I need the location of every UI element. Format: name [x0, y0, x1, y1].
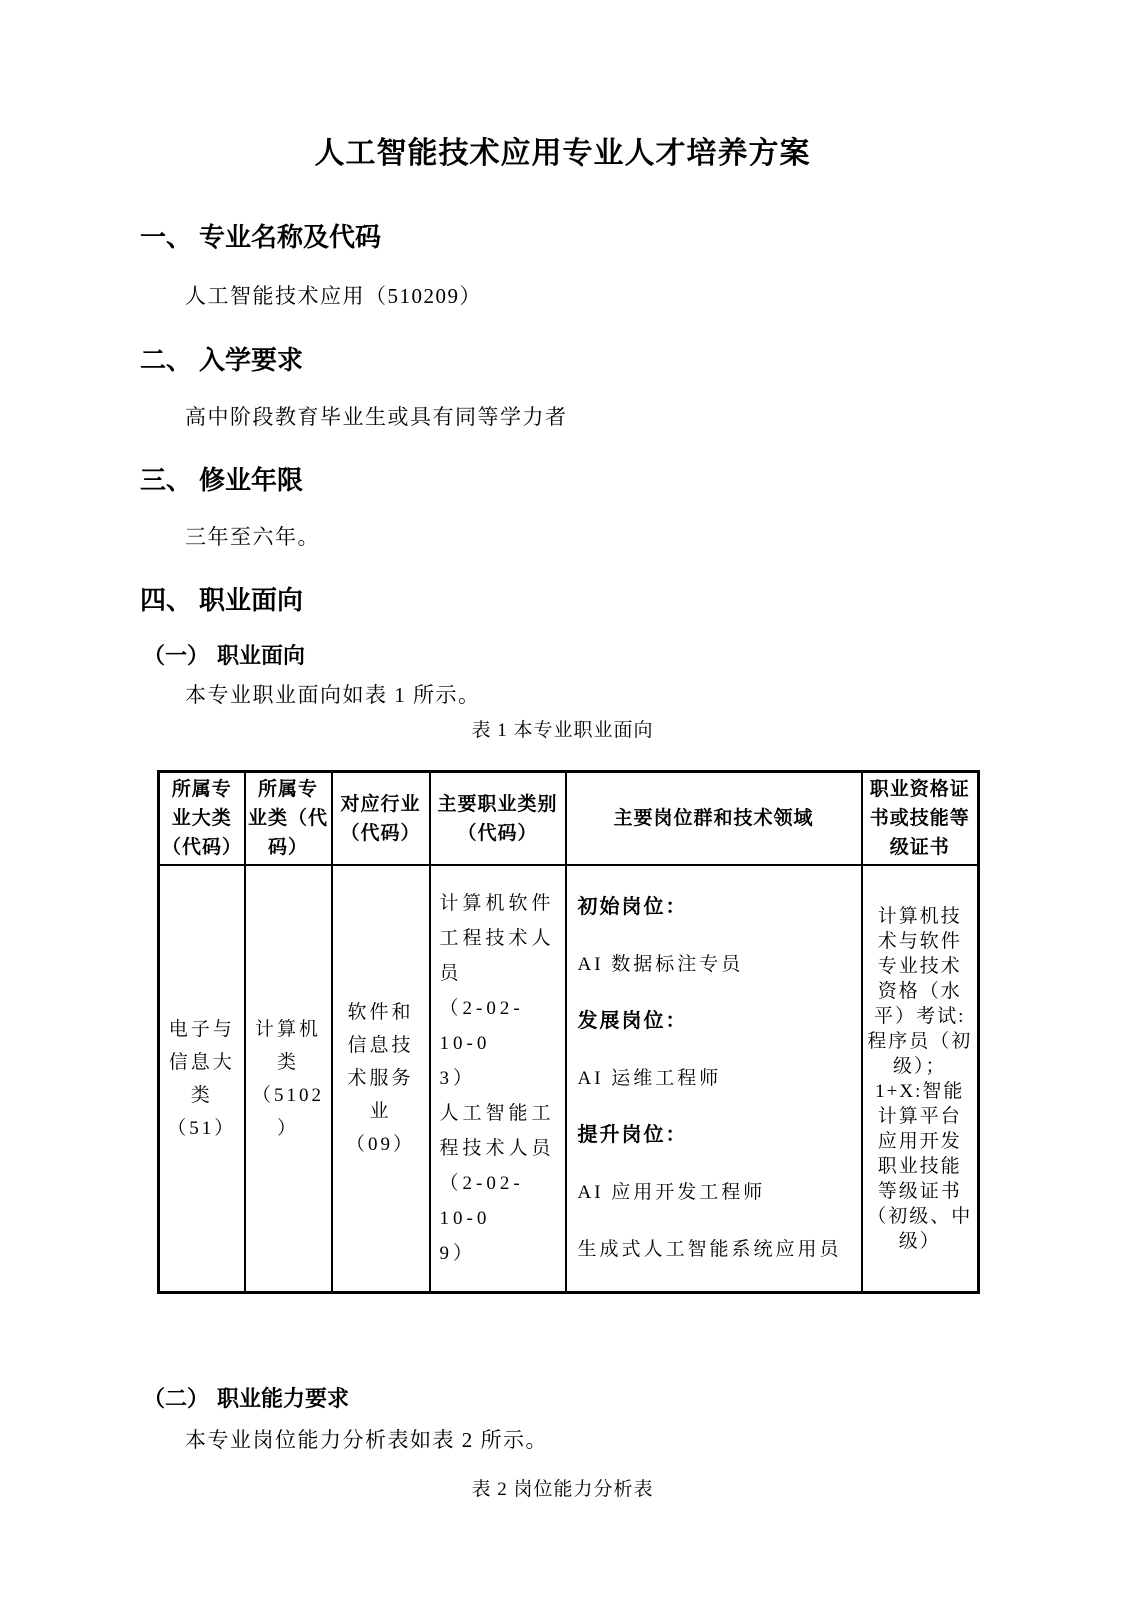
table1-cell-position-group: 初始岗位： AI 数据标注专员 发展岗位： AI 运维工程师 提升岗位： AI …	[566, 865, 862, 1293]
table1-header-position-group: 主要岗位群和技术领域	[566, 772, 862, 866]
position-initial-value: AI 数据标注专员	[578, 947, 857, 982]
subheading-number: （二）	[143, 1384, 209, 1413]
table1-cell-certificates: 计算机技 术与软件 专业技术 资格（水 平）考试: 程序员（初 级）； 1+X:…	[862, 865, 979, 1293]
document-page: 人工智能技术应用专业人才培养方案 一、 专业名称及代码 人工智能技术应用（510…	[0, 0, 1131, 1600]
heading-number: 一、	[140, 220, 192, 254]
subheading-number: （一）	[143, 641, 209, 670]
heading-admission-requirements: 二、 入学要求	[140, 343, 985, 377]
position-development-label: 发展岗位：	[578, 1004, 857, 1039]
heading-number: 二、	[140, 343, 192, 377]
subheading-label: 职业能力要求	[217, 1384, 349, 1413]
paragraph-study-duration: 三年至六年。	[185, 523, 985, 551]
subheading-label: 职业面向	[217, 641, 305, 670]
table1-header-major-category: 所属专 业大类 （代码）	[159, 772, 245, 866]
paragraph-major-name-code: 人工智能技术应用（510209）	[185, 282, 985, 310]
table1-data-row: 电子与 信息大 类（51） 计算机 类 （5102 ） 软件和 信息技 术服务 …	[159, 865, 979, 1293]
table1-cell-major-category: 电子与 信息大 类（51）	[159, 865, 245, 1293]
table1-header-row: 所属专 业大类 （代码） 所属专 业类（代 码） 对应行业 （代码） 主要职业类…	[159, 772, 979, 866]
position-advanced-label: 提升岗位：	[578, 1118, 857, 1153]
position-initial-label: 初始岗位：	[578, 890, 857, 925]
heading-number: 三、	[140, 463, 192, 497]
document-title: 人工智能技术应用专业人才培养方案	[140, 136, 985, 172]
table1-header-industry: 对应行业 （代码）	[332, 772, 430, 866]
heading-major-name-and-code: 一、 专业名称及代码	[140, 220, 985, 254]
subheading-professional-ability: （二） 职业能力要求	[143, 1384, 985, 1413]
heading-label: 修业年限	[199, 463, 303, 497]
table1-header-occupation-category: 主要职业类别 （代码）	[430, 772, 566, 866]
table1-header-certificates: 职业资格证 书或技能等 级证书	[862, 772, 979, 866]
heading-label: 职业面向	[199, 583, 303, 617]
position-advanced-value-2: 生成式人工智能系统应用员	[578, 1232, 857, 1267]
heading-number: 四、	[140, 583, 192, 617]
paragraph-table2-intro: 本专业岗位能力分析表如表 2 所示。	[185, 1426, 985, 1454]
table1-caption: 表 1 本专业职业面向	[140, 718, 985, 744]
table1-cell-occupation-category: 计算机软件 工程技术人 员 （2-02-10-0 3） 人工智能工 程技术人员 …	[430, 865, 566, 1293]
table-career-orientation: 所属专 业大类 （代码） 所属专 业类（代 码） 对应行业 （代码） 主要职业类…	[157, 770, 980, 1294]
position-advanced-value-1: AI 应用开发工程师	[578, 1175, 857, 1210]
heading-career-orientation: 四、 职业面向	[140, 583, 985, 617]
table1-header-major-class: 所属专 业类（代 码）	[245, 772, 332, 866]
heading-label: 入学要求	[199, 343, 303, 377]
paragraph-admission-requirements: 高中阶段教育毕业生或具有同等学力者	[185, 403, 985, 431]
table1-cell-industry: 软件和 信息技 术服务 业 （09）	[332, 865, 430, 1293]
table1-cell-major-class: 计算机 类 （5102 ）	[245, 865, 332, 1293]
heading-label: 专业名称及代码	[199, 220, 381, 254]
position-development-value: AI 运维工程师	[578, 1061, 857, 1096]
table2-caption: 表 2 岗位能力分析表	[140, 1477, 985, 1503]
heading-study-duration: 三、 修业年限	[140, 463, 985, 497]
paragraph-table1-intro: 本专业职业面向如表 1 所示。	[185, 681, 985, 709]
subheading-career-orientation: （一） 职业面向	[143, 641, 985, 670]
